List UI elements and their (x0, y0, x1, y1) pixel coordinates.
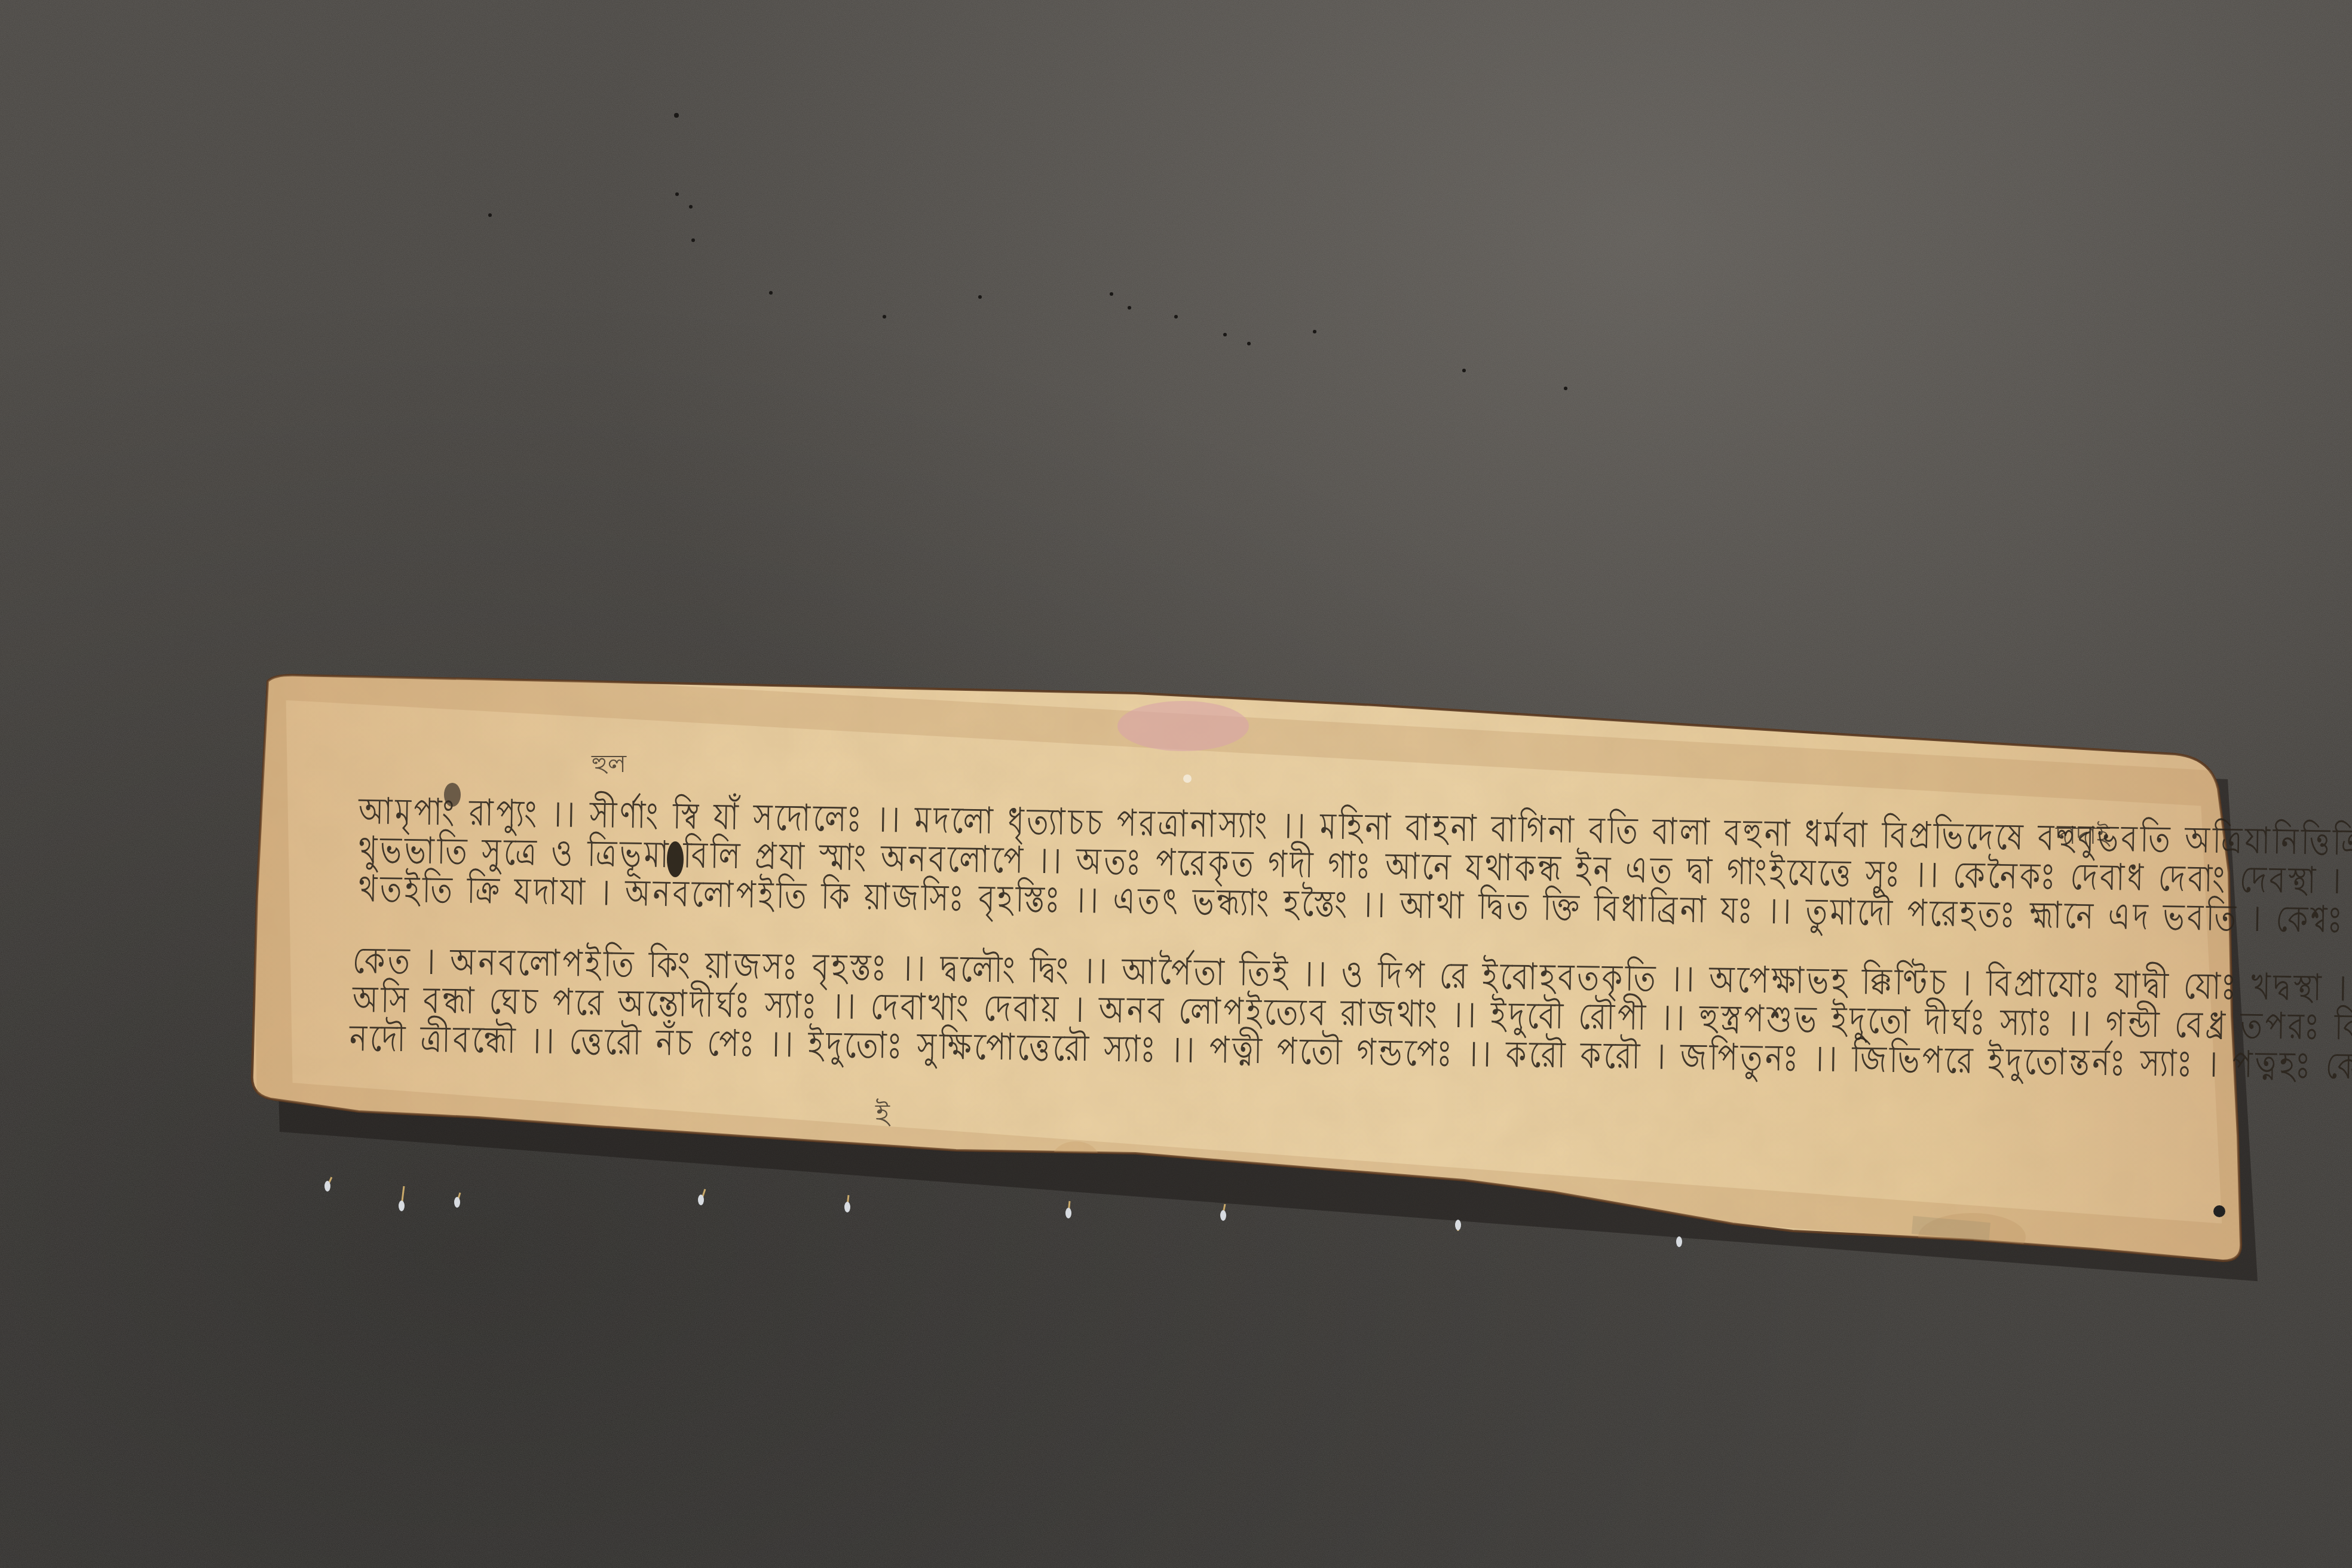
binding-hole (2213, 1205, 2225, 1217)
photo-scene (0, 0, 2352, 1568)
pink-stain (1117, 701, 1249, 751)
